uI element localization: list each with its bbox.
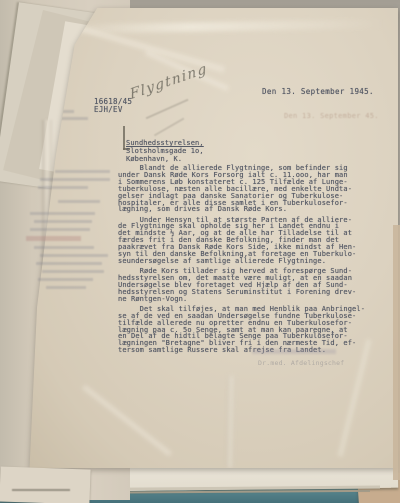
wrinkle — [62, 19, 382, 34]
bleed-text — [40, 178, 110, 181]
scrap-text-smudge — [12, 489, 70, 491]
bleed-text — [38, 186, 88, 189]
paragraph-3: Røde Kors tillader sig herved at forespø… — [118, 268, 388, 303]
handwritten-annotation: Flygtning — [129, 61, 209, 104]
wrinkle — [226, 376, 235, 468]
bleed-text — [46, 286, 86, 289]
bleed-text — [38, 278, 93, 281]
letter-sheet-wrap: Flygtning 16618/45 EJH/EV Den 13. Septem… — [0, 0, 400, 503]
initials: EJH/EV — [94, 106, 132, 114]
smudge — [48, 110, 74, 113]
wrinkle — [82, 385, 172, 457]
bottom-left-scrap — [0, 466, 91, 503]
pencil-bracket — [123, 126, 125, 150]
carbon-date-bleed: Den 13. September 45. — [284, 112, 379, 120]
bleed-text — [40, 254, 108, 257]
smudge — [48, 117, 88, 120]
date-line: Den 13. September 1945. — [262, 87, 374, 96]
recipient-street: Slotsholmsgade 1o, — [126, 147, 204, 155]
reference-block: 16618/45 EJH/EV — [94, 98, 132, 114]
paragraph-1: Blandt de allierede Flygtninge, som befi… — [118, 165, 388, 213]
recipient-address: Sundhedsstyrelsen, Slotsholmsgade 1o, Kø… — [126, 139, 204, 163]
letter-body: Blandt de allierede Flygtninge, som befi… — [118, 165, 388, 357]
signature-title: Dr.med. Afdelingschef — [258, 359, 344, 367]
pencil-scribble — [154, 118, 184, 136]
right-under-sheet-edge — [393, 225, 400, 480]
signature-smudge — [252, 349, 336, 354]
pencil-scribble — [146, 99, 189, 119]
bleed-text — [30, 212, 95, 215]
recipient-city: København, K. — [126, 155, 204, 163]
paragraph-2: Under Hensyn til at største Parten af de… — [118, 217, 388, 265]
bleed-text — [55, 170, 110, 173]
bleed-text — [30, 228, 90, 231]
bleed-text — [34, 220, 92, 223]
photo-of-archive-letter: Flygtning 16618/45 EJH/EV Den 13. Septem… — [0, 0, 400, 503]
bleed-text — [36, 262, 102, 265]
stamp-bleed — [26, 236, 81, 241]
bleed-text — [58, 200, 100, 203]
bleed-text — [42, 270, 104, 273]
paragraph-4: Det skal tilføjes, at man med Henblik pa… — [118, 306, 388, 354]
recipient-name: Sundhedsstyrelsen, — [126, 139, 204, 147]
bleed-text — [34, 246, 94, 249]
